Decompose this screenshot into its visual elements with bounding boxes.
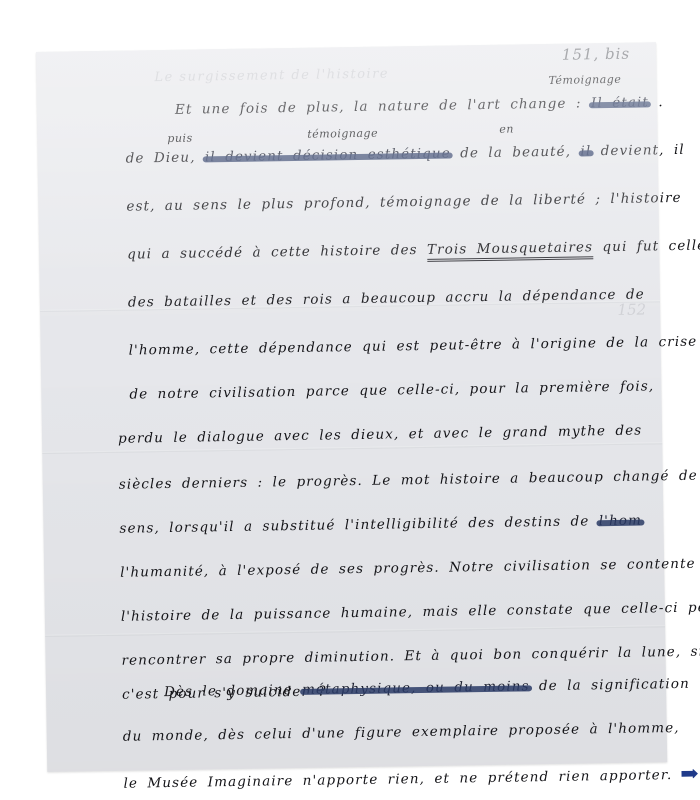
line-text: de la signification <box>529 676 689 695</box>
struck-text: métaphysique, ou du moins <box>302 678 530 698</box>
text-line: le Musée Imaginaire n'apporte rien, et n… <box>123 760 700 794</box>
line-text: le Musée Imaginaire n'apporte rien, et n… <box>123 767 672 792</box>
text-line: Dès le domaine métaphysique, ou du moins… <box>164 676 690 700</box>
line-text: Dès le domaine <box>164 682 302 700</box>
text-line: du monde, dès celui d'une figure exempla… <box>123 720 680 745</box>
line-text: du monde, dès celui d'une figure exempla… <box>123 720 680 745</box>
photo-stage: 151, bis Le surgissement de l'histoire 1… <box>0 0 700 800</box>
manuscript-final-paragraph: Dès le domaine métaphysique, ou du moins… <box>36 42 667 772</box>
continue-arrow-icon: ➡ <box>680 762 700 787</box>
